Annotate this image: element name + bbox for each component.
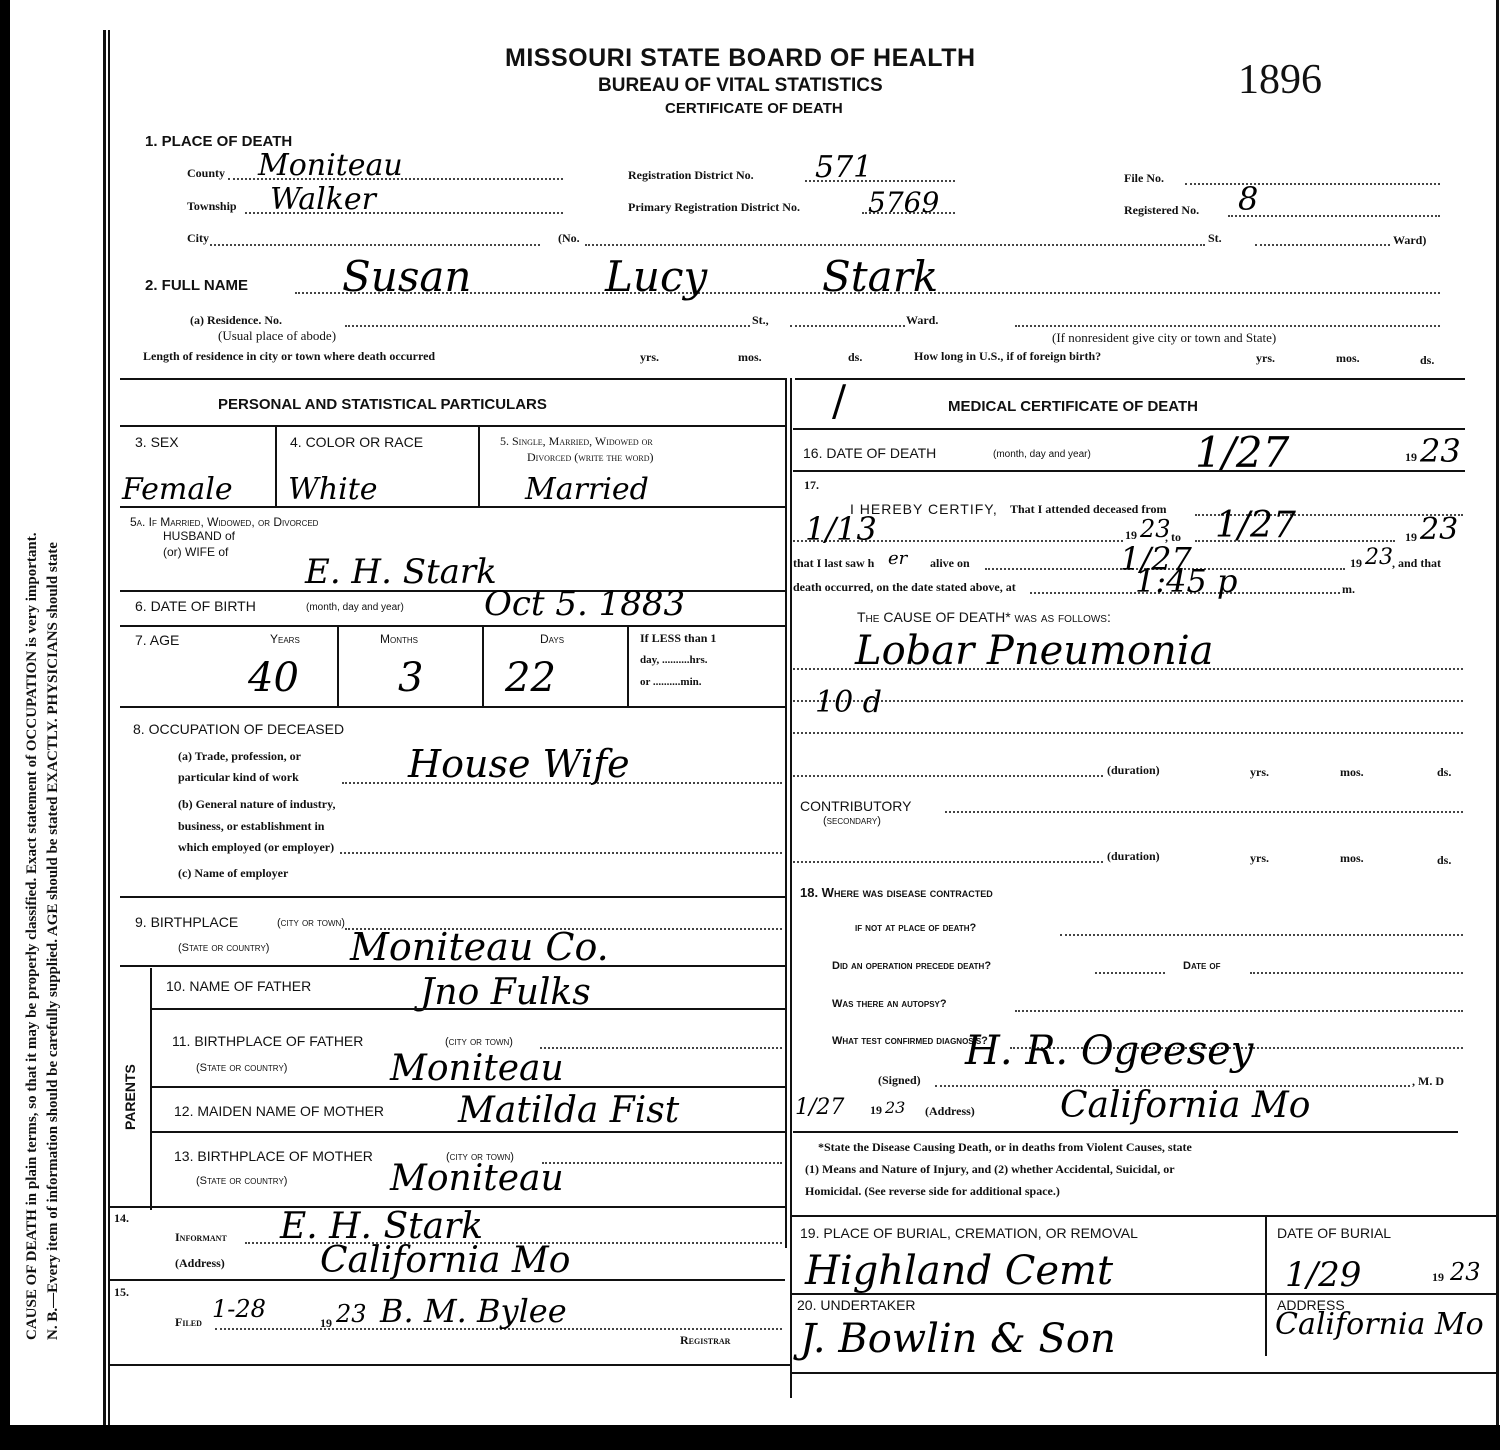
father-birthplace-value: Moniteau: [390, 1048, 564, 1089]
burial-place-label: 19. PLACE OF BURIAL, CREMATION, OR REMOV…: [800, 1225, 1138, 1241]
divider-after-occupation: [120, 896, 785, 898]
operation-date-line: [1250, 972, 1463, 974]
undertaker-value: J. Bowlin & Son: [800, 1316, 1116, 1362]
divider-medical-header: [793, 428, 1465, 430]
death-occurred-label: death occurred, on the date stated above…: [793, 580, 1016, 595]
cause-line-3: [793, 732, 1463, 734]
occupation-a-value: House Wife: [408, 742, 630, 786]
date-of-death-year-prefix: 19: [1405, 450, 1417, 465]
length-residence-yrs: yrs.: [640, 350, 659, 365]
registration-district-value: 571: [815, 150, 872, 185]
marital-label-2: Divorced (write the word): [527, 450, 654, 465]
duration-line-1: [793, 775, 1103, 777]
divider-after-date-of-death: [793, 470, 1465, 472]
side-instructions-line2: N. B.—Every item of information should b…: [45, 542, 62, 1340]
divider-personal-header: [120, 425, 785, 427]
ward-label: Ward): [1393, 233, 1426, 248]
death-certificate-page: CAUSE OF DEATH in plain terms, so that i…: [0, 0, 1500, 1425]
side-instructions-line2-text: N. B.—Every item of information should b…: [45, 542, 61, 1340]
alive-on-label: alive on: [930, 556, 970, 571]
where-contracted-label: 18. Where was disease contracted: [800, 885, 993, 900]
footnote-line-3: Homicidal. (See reverse side for additio…: [805, 1184, 1060, 1199]
date-of-death-label: 16. DATE OF DEATH: [803, 445, 936, 461]
filed-number: 15.: [114, 1285, 129, 1300]
attended-to-value: 1/27: [1215, 505, 1296, 546]
foreign-birth-mos: mos.: [1336, 351, 1360, 366]
not-at-place-line: [1060, 934, 1463, 936]
divider-bottom-right: [790, 1372, 1498, 1374]
less-than-min: or ..........min.: [640, 676, 702, 688]
divider-days-less: [627, 626, 629, 706]
informant-address-label: (Address): [175, 1256, 225, 1271]
cause-of-death-value: Lobar Pneumonia: [855, 628, 1213, 674]
length-residence-label: Length of residence in city or town wher…: [143, 349, 435, 364]
residence-st-label: St.,: [752, 313, 769, 328]
last-saw-year: 23: [1365, 545, 1393, 570]
informant-number: 14.: [114, 1211, 129, 1226]
sex-label: 3. SEX: [135, 434, 179, 450]
file-no-line: [1185, 183, 1440, 185]
registration-district-label: Registration District No.: [628, 168, 754, 183]
birthplace-label: 9. BIRTHPLACE: [135, 914, 238, 930]
certificate-number: 1896: [1238, 56, 1322, 104]
personal-section-title: PERSONAL AND STATISTICAL PARTICULARS: [218, 396, 547, 413]
city-no-line: [585, 244, 1205, 246]
age-months-value: 3: [398, 655, 423, 701]
mother-birthplace-state-label: (State or country): [196, 1175, 287, 1187]
primary-registration-district-label: Primary Registration District No.: [628, 200, 800, 215]
divider-after-sex: [120, 506, 785, 508]
age-label: 7. AGE: [135, 632, 179, 648]
duration-mos-2: mos.: [1340, 851, 1364, 866]
divider-center-left: [785, 378, 787, 1248]
duration-yrs-1: yrs.: [1250, 765, 1269, 780]
occupation-b-label-1: (b) General nature of industry,: [178, 797, 335, 812]
signed-label: (Signed): [878, 1073, 921, 1088]
operation-date-label: Date of: [1183, 960, 1221, 972]
operation-line: [1095, 972, 1165, 974]
last-saw-year-prefix: 19: [1350, 556, 1362, 571]
birthplace-state-label: (State or country): [178, 942, 269, 954]
spouse-label-3: (or) WIFE of: [163, 545, 228, 559]
mother-birthplace-city-line: [542, 1162, 782, 1164]
burial-place-value: Highland Cemt: [805, 1248, 1113, 1294]
attended-to-year: 23: [1420, 512, 1458, 547]
birthplace-sub-label: (city or town): [277, 917, 345, 929]
duration-yrs-2: yrs.: [1250, 851, 1269, 866]
divider-after-age: [120, 706, 785, 708]
not-at-place-label: if not at place of death?: [855, 922, 976, 934]
death-time-value: 1:45 p: [1135, 562, 1238, 600]
parents-side-label: PARENTS: [122, 1064, 138, 1130]
attended-to-year-prefix: 19: [1405, 530, 1417, 545]
footnote-line-2: (1) Means and Nature of Injury, and (2) …: [805, 1162, 1175, 1177]
frame-border-left-outer: [103, 30, 106, 1425]
foreign-birth-label: How long in U.S., if of foreign birth?: [914, 349, 1101, 364]
burial-year-prefix: 19: [1432, 1270, 1444, 1285]
nonresident-note: (If nonresident give city or town and St…: [1052, 330, 1276, 346]
city-line: [210, 244, 540, 246]
divider-after-father: [150, 1008, 785, 1010]
occupation-b-label-3: which employed (or employer): [178, 840, 334, 855]
physician-address-value: California Mo: [1060, 1085, 1310, 1126]
duration-mos-1: mos.: [1340, 765, 1364, 780]
father-name-label: 10. NAME OF FATHER: [166, 978, 311, 994]
date-of-death-year: 23: [1420, 432, 1461, 470]
operation-label: Did an operation precede death?: [832, 960, 991, 972]
divider-after-burial: [790, 1293, 1498, 1295]
primary-registration-district-value: 5769: [868, 186, 939, 219]
occupation-a-label-2: particular kind of work: [178, 770, 299, 785]
md-label: , M. D: [1412, 1074, 1444, 1089]
township-label: Township: [187, 199, 237, 214]
duration-ds-1: ds.: [1437, 765, 1451, 780]
signed-value: H. R. Ogeesey: [965, 1028, 1253, 1074]
form-subtitle: BUREAU OF VITAL STATISTICS: [598, 75, 883, 97]
full-name-middle: Lucy: [605, 252, 707, 301]
death-time-meridiem-label: m.: [1342, 582, 1355, 597]
usual-abode-note: (Usual place of abode): [218, 328, 336, 344]
contributory-line: [945, 811, 1463, 813]
file-no-label: File No.: [1124, 171, 1164, 186]
county-label: County: [187, 166, 225, 181]
divider-after-spouse: [120, 590, 785, 592]
date-of-death-sub-label: (month, day and year): [993, 449, 1091, 460]
divider-personal-top: [120, 378, 785, 380]
county-value: Moniteau: [258, 148, 403, 183]
age-years-value: 40: [248, 655, 299, 701]
divider-medical-top: [795, 378, 1465, 380]
father-birthplace-state-label: (State or country): [196, 1062, 287, 1074]
form-title: MISSOURI STATE BOARD OF HEALTH: [505, 44, 976, 73]
filed-year-prefix: 19: [320, 1316, 332, 1331]
race-label: 4. COLOR OR RACE: [290, 434, 423, 450]
divider-race-marital: [478, 426, 480, 506]
last-saw-pronoun: er: [888, 548, 907, 569]
length-residence-ds: ds.: [848, 350, 862, 365]
occupation-label: 8. OCCUPATION OF DECEASED: [133, 721, 344, 737]
divider-after-birthplace: [120, 965, 785, 967]
signed-year-prefix: 19: [870, 1103, 882, 1118]
frame-border-left-inner: [108, 30, 110, 1425]
full-name-last: Stark: [822, 252, 938, 301]
registered-no-value: 8: [1238, 180, 1258, 218]
physician-address-label: (Address): [925, 1104, 975, 1119]
burial-date-value: 1/29: [1285, 1255, 1361, 1295]
spouse-label-2: HUSBAND of: [163, 529, 235, 543]
divider-after-father-birthplace: [150, 1086, 785, 1088]
registrar-label: Registrar: [680, 1333, 730, 1348]
signed-year-value: 23: [885, 1098, 905, 1117]
divider-years-months: [337, 626, 339, 706]
filed-year-value: 23: [336, 1300, 367, 1328]
divider-months-days: [482, 626, 484, 706]
residence-ward-label: Ward.: [906, 313, 938, 328]
duration-label-2: (duration): [1107, 849, 1160, 864]
age-days-value: 22: [505, 655, 556, 701]
divider-burial-top: [790, 1215, 1498, 1217]
occupation-b-label-2: business, or establishment in: [178, 819, 324, 834]
scan-edge-left: [0, 0, 10, 1450]
medical-check-mark: /: [832, 376, 846, 425]
item-17-label: 17.: [804, 478, 819, 493]
marital-value: Married: [525, 472, 649, 507]
registered-no-label: Registered No.: [1124, 203, 1199, 218]
street-label: St.: [1208, 231, 1222, 246]
mother-birthplace-value: Moniteau: [390, 1158, 564, 1199]
mother-birthplace-label: 13. BIRTHPLACE OF MOTHER: [174, 1148, 373, 1164]
divider-sex-race: [275, 426, 277, 506]
attended-from-value: 1/13: [805, 510, 877, 548]
contributory-label: CONTRIBUTORY: [800, 798, 912, 814]
less-than-hrs: day, ..........hrs.: [640, 654, 708, 666]
residence-line: [345, 325, 750, 327]
occupation-b-line: [340, 852, 782, 854]
dob-label: 6. DATE OF BIRTH: [135, 598, 256, 614]
race-value: White: [288, 472, 378, 507]
parents-divider: [150, 968, 152, 1210]
ward-line: [1255, 244, 1390, 246]
burial-date-label: DATE OF BURIAL: [1277, 1225, 1391, 1241]
residence-label: (a) Residence. No.: [190, 313, 282, 328]
secondary-label: (secondary): [823, 815, 881, 827]
marital-label-1: 5. Single, Married, Widowed or: [500, 434, 653, 449]
signed-date-value: 1/27: [795, 1095, 844, 1120]
spouse-value: E. H. Stark: [305, 552, 497, 592]
foreign-birth-yrs: yrs.: [1256, 351, 1275, 366]
frame-border-right: [1496, 0, 1499, 1425]
occupation-c-label: (c) Name of employer: [178, 866, 288, 881]
form-name: CERTIFICATE OF DEATH: [665, 100, 843, 117]
dob-sub-label: (month, day and year): [306, 602, 404, 613]
divider-after-signature: [793, 1131, 1458, 1133]
father-birthplace-sub-label: (city or town): [445, 1036, 513, 1048]
registered-no-line: [1228, 215, 1440, 217]
filed-label: Filed: [175, 1315, 202, 1330]
autopsy-label: Was there an autopsy?: [832, 998, 947, 1010]
filed-date-value: 1-28: [212, 1295, 266, 1323]
duration-label-1: (duration): [1107, 763, 1160, 778]
residence-ward-line: [790, 325, 905, 327]
father-birthplace-city-line: [540, 1047, 782, 1049]
informant-address-value: California Mo: [320, 1240, 570, 1281]
burial-year-value: 23: [1450, 1258, 1481, 1286]
footnote-line-1: *State the Disease Causing Death, or in …: [818, 1140, 1192, 1155]
registrar-value: B. M. Bylee: [380, 1292, 567, 1330]
age-days-label: Days: [540, 632, 564, 646]
spouse-label-1: 5a. If Married, Widowed, or Divorced: [130, 515, 318, 529]
autopsy-line: [1015, 1010, 1463, 1012]
cause-line-2: [793, 700, 1463, 702]
cause-of-death-label: The CAUSE OF DEATH* was as follows:: [857, 609, 1111, 625]
nonresident-line: [1015, 325, 1440, 327]
foreign-birth-ds: ds.: [1420, 353, 1434, 368]
occupation-a-label-1: (a) Trade, profession, or: [178, 749, 301, 764]
divider-after-mother: [150, 1131, 785, 1133]
mother-name-label: 12. MAIDEN NAME OF MOTHER: [174, 1103, 384, 1119]
side-instructions-line1: CAUSE OF DEATH in plain terms, so that i…: [24, 533, 41, 1340]
informant-label: Informant: [175, 1230, 227, 1245]
and-that-label: , and that: [1392, 556, 1441, 571]
divider-after-dob: [120, 625, 785, 627]
birthplace-value: Moniteau Co.: [350, 925, 609, 969]
township-value: Walker: [270, 182, 376, 217]
divider-bottom-left: [110, 1364, 790, 1366]
age-months-label: Months: [380, 632, 418, 646]
last-saw-label: that I last saw h: [793, 556, 874, 571]
less-than-label: If LESS than 1: [640, 631, 716, 646]
dob-value: Oct 5. 1883: [484, 584, 685, 624]
undertaker-label: 20. UNDERTAKER: [797, 1297, 916, 1313]
city-label: City: [187, 231, 209, 246]
father-name-value: Jno Fulks: [420, 972, 591, 1013]
city-no-label: (No.: [558, 231, 580, 246]
age-years-label: Years: [270, 632, 300, 646]
cause-line-2-value: 10 d: [815, 685, 882, 720]
duration-line-2: [793, 861, 1103, 863]
divider-center-right: [790, 378, 792, 1398]
divider-after-informant: [110, 1279, 785, 1281]
full-name-first: Susan: [342, 252, 471, 301]
full-name-label: 2. FULL NAME: [145, 277, 248, 294]
undertaker-address-value: California Mo: [1275, 1310, 1495, 1340]
divider-burial-date: [1265, 1216, 1267, 1356]
mother-name-value: Matilda Fist: [458, 1090, 679, 1131]
father-birthplace-label: 11. BIRTHPLACE OF FATHER: [172, 1033, 363, 1049]
medical-section-title: MEDICAL CERTIFICATE OF DEATH: [948, 398, 1198, 415]
scan-edge-bottom: [0, 1425, 1500, 1450]
sex-value: Female: [122, 472, 233, 507]
length-residence-mos: mos.: [738, 350, 762, 365]
duration-ds-2: ds.: [1437, 853, 1451, 868]
